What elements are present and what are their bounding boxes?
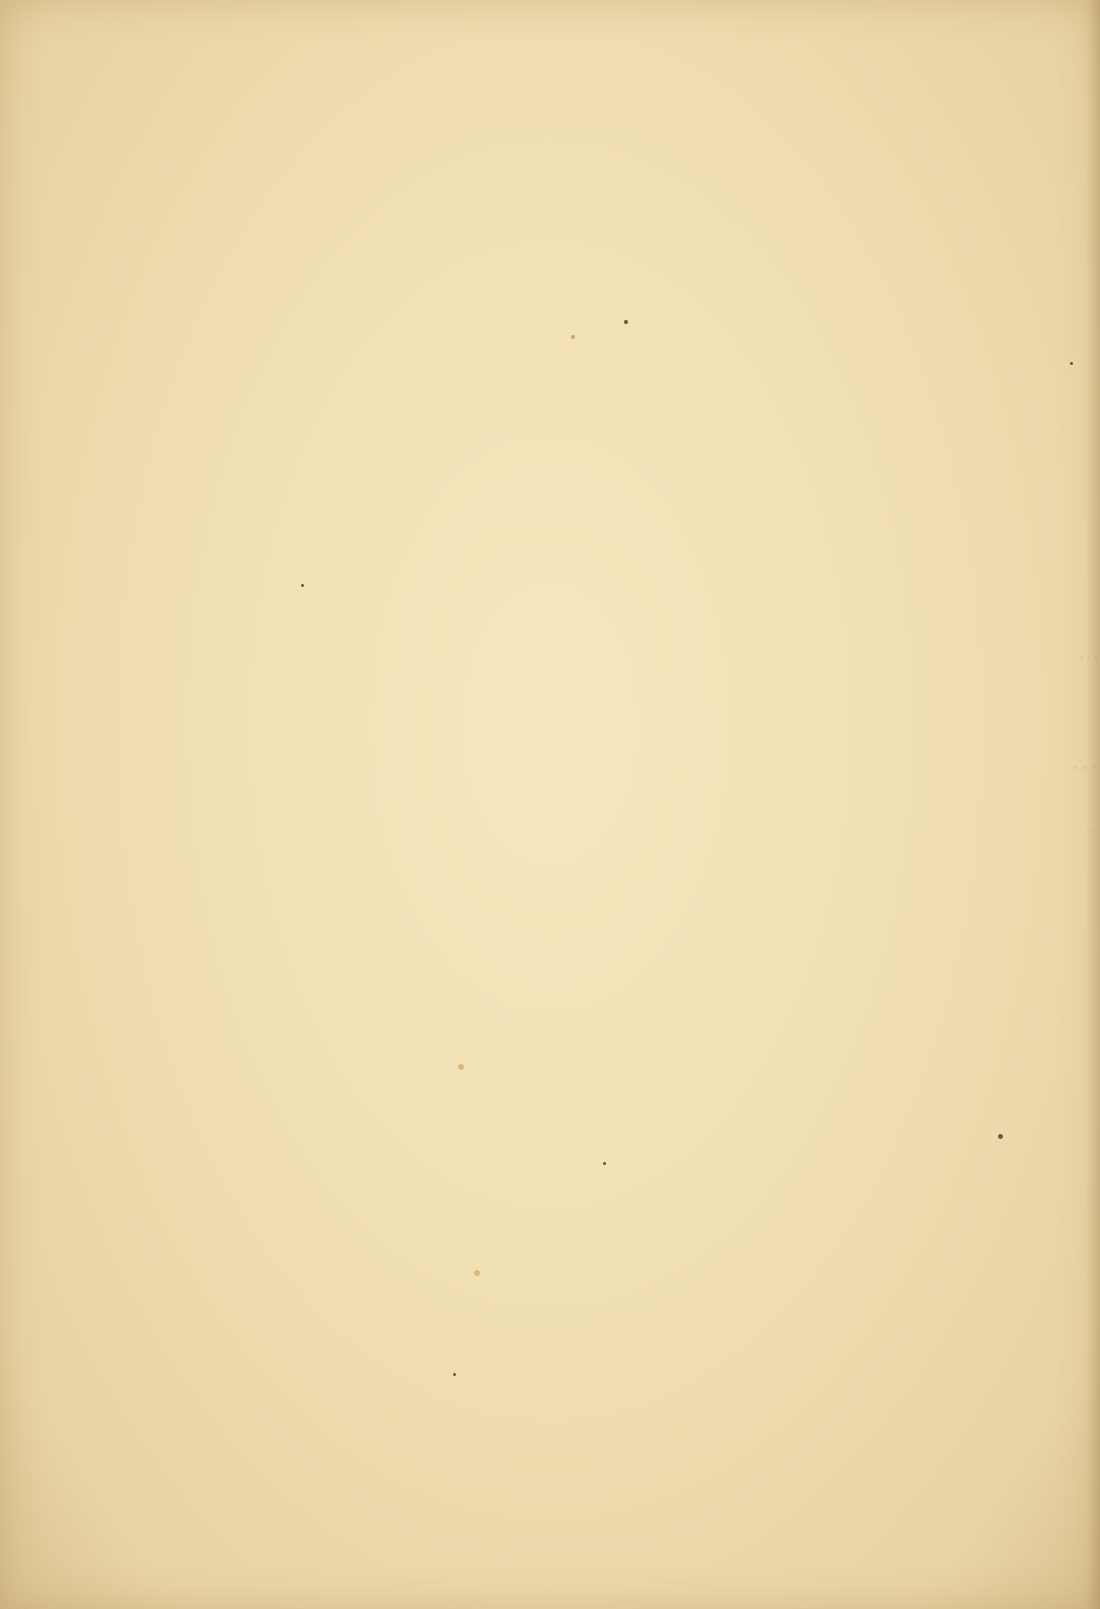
paper-speck — [1070, 362, 1073, 365]
paper-speck — [624, 320, 628, 324]
page-edge-shadow — [1086, 0, 1100, 1609]
paper-speck — [571, 335, 575, 339]
paper-speck — [301, 584, 304, 587]
bleed-through-line-3: … — [0, 820, 1100, 836]
paper-page: … … … — [0, 0, 1100, 1609]
paper-speck — [458, 1064, 464, 1070]
paper-speck — [474, 1270, 480, 1276]
bleed-through-line-2: … — [0, 742, 1100, 777]
paper-speck — [603, 1162, 606, 1165]
bleed-through-line-1: … — [0, 640, 1100, 665]
paper-speck — [453, 1373, 456, 1376]
paper-speck — [998, 1134, 1003, 1139]
